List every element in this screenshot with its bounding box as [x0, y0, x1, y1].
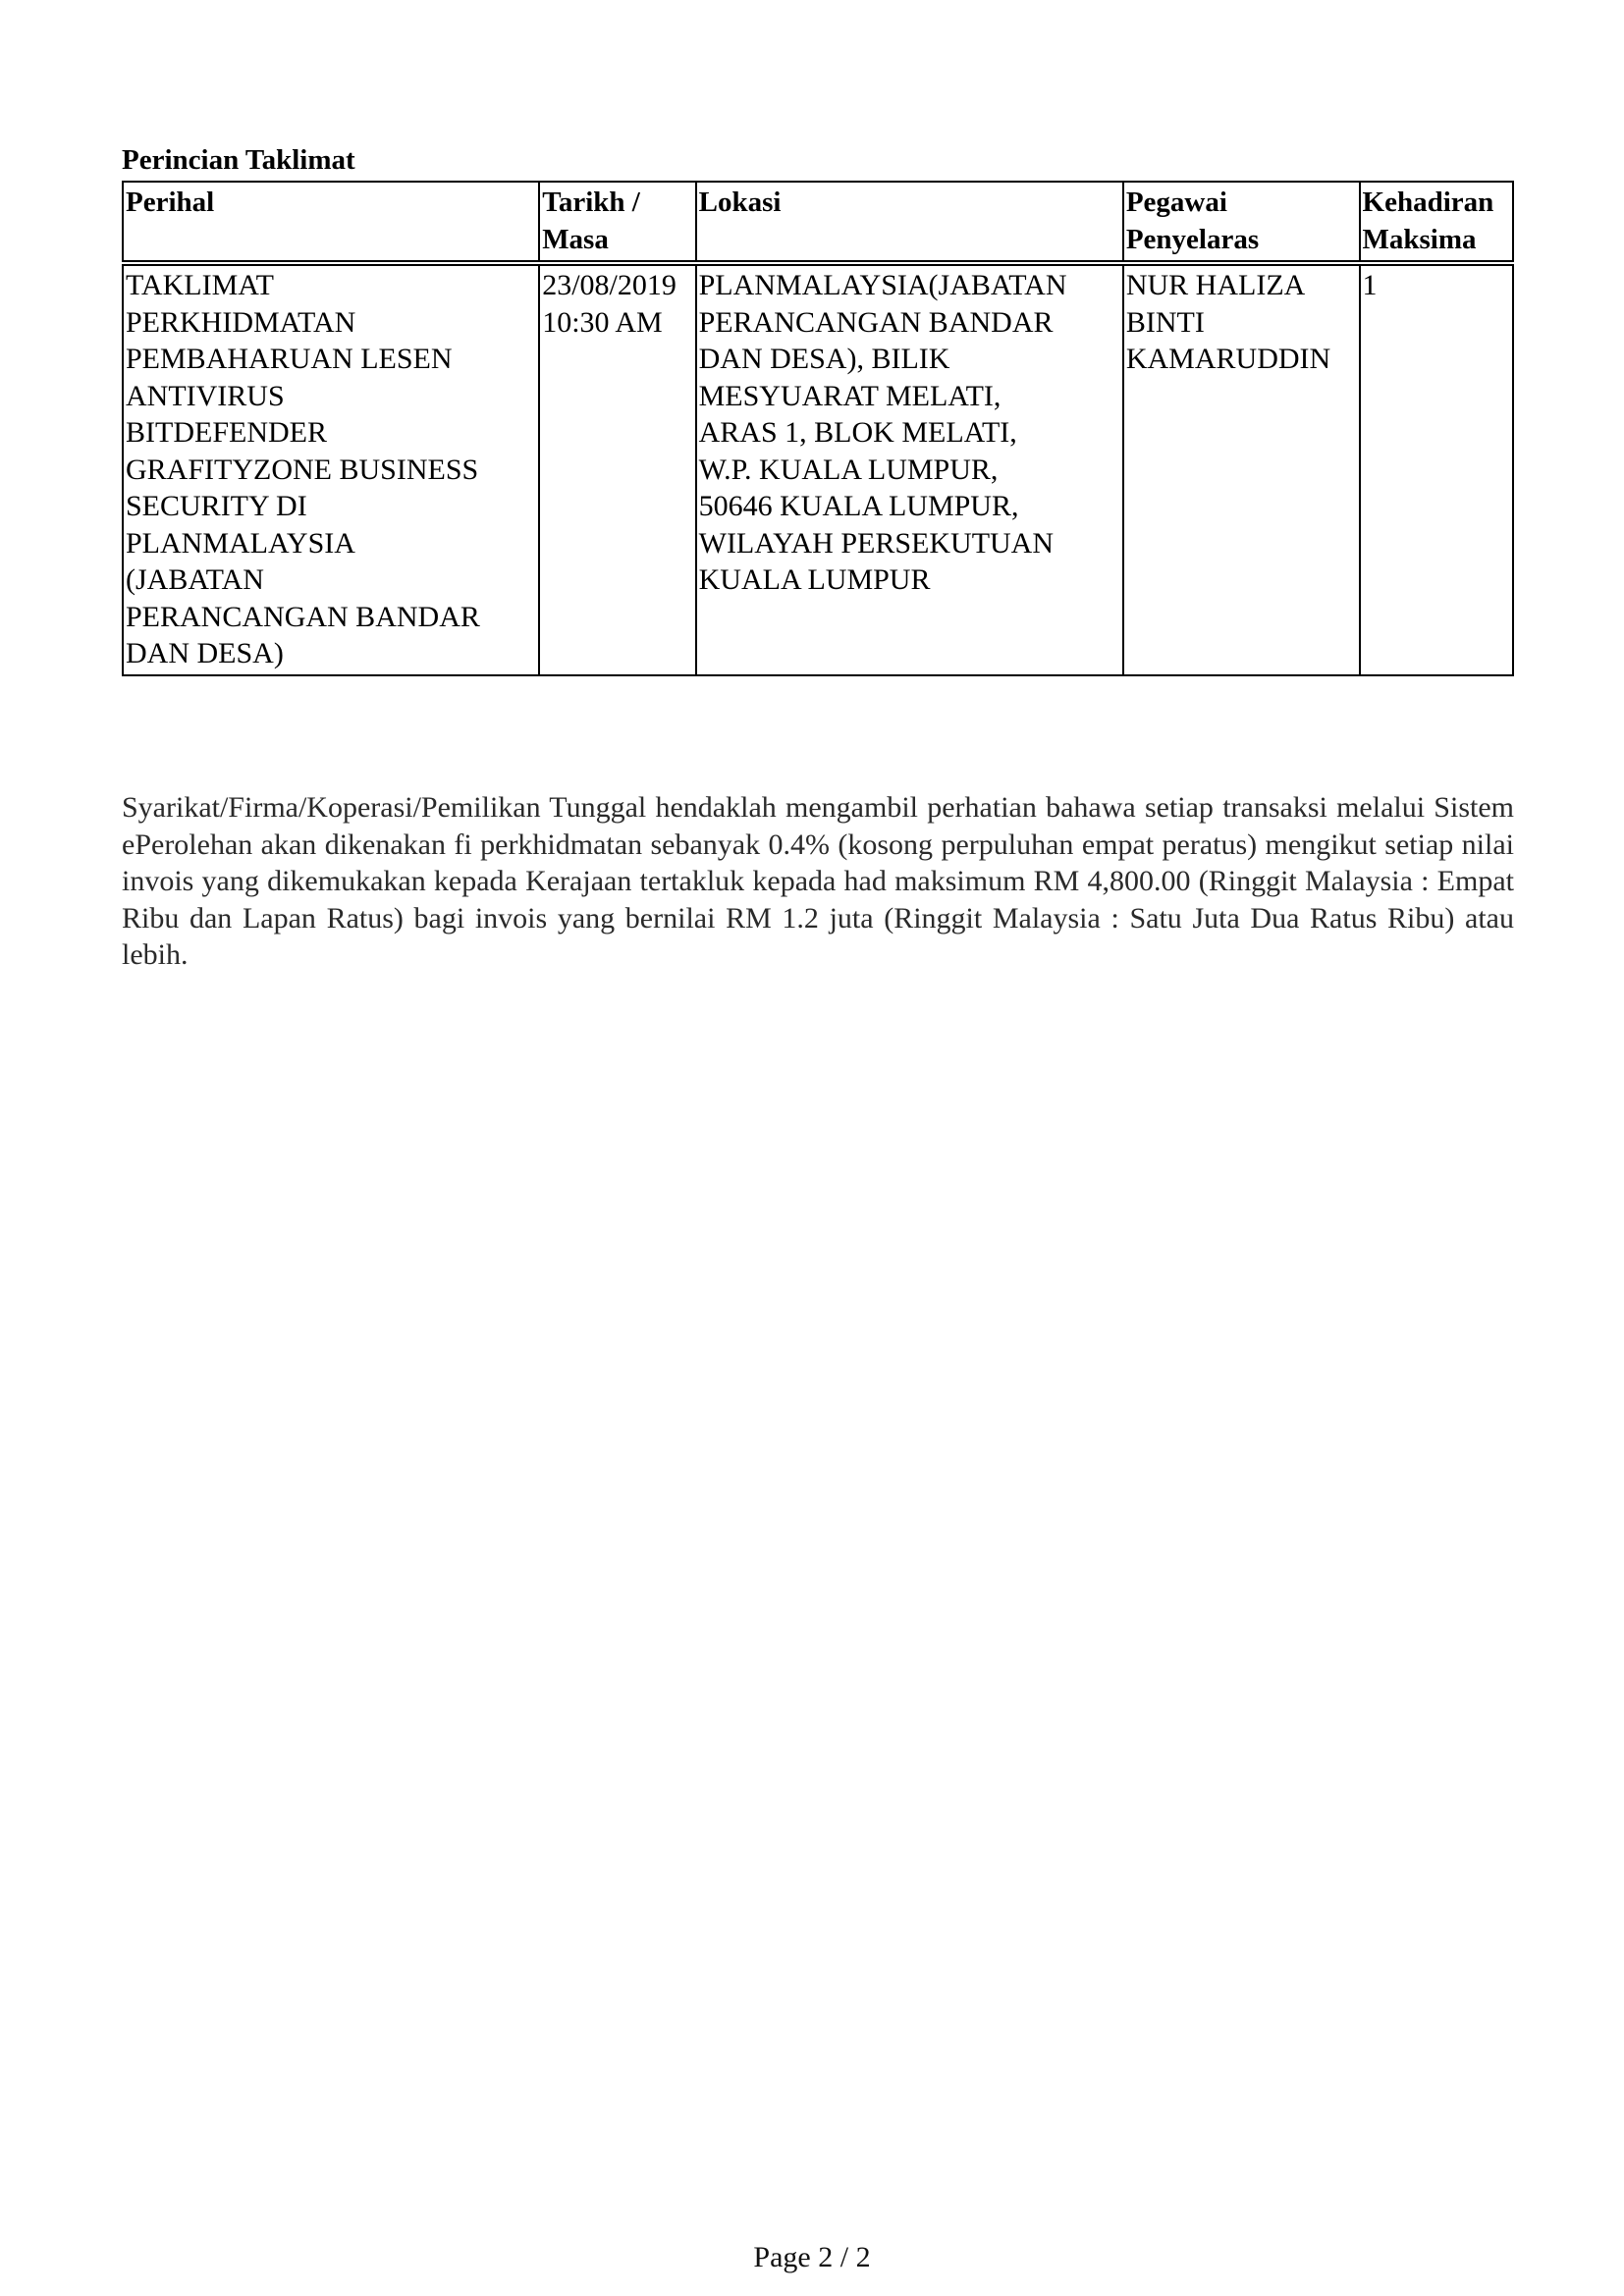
header-kehadiran-maksima: Kehadiran Maksima	[1360, 182, 1513, 263]
service-fee-notice: Syarikat/Firma/Koperasi/Pemilikan Tungga…	[122, 789, 1514, 974]
cell-tarikh-masa: 23/08/2019 10:30 AM	[539, 263, 695, 675]
cell-pegawai-penyelaras: NUR HALIZA BINTI KAMARUDDIN	[1123, 263, 1360, 675]
table-header-row: Perihal Tarikh / Masa Lokasi Pegawai Pen…	[123, 182, 1513, 263]
header-pegawai-penyelaras: Pegawai Penyelaras	[1123, 182, 1360, 263]
cell-lokasi: PLANMALAYSIA(JABATAN PERANCANGAN BANDAR …	[696, 263, 1123, 675]
briefing-details-table: Perihal Tarikh / Masa Lokasi Pegawai Pen…	[122, 181, 1514, 676]
page-number: Page 2 / 2	[0, 2240, 1624, 2275]
cell-kehadiran-maksima: 1	[1360, 263, 1513, 675]
section-title: Perincian Taklimat	[122, 143, 355, 177]
header-perihal: Perihal	[123, 182, 539, 263]
cell-perihal: TAKLIMAT PERKHIDMATAN PEMBAHARUAN LESEN …	[123, 263, 539, 675]
header-lokasi: Lokasi	[696, 182, 1123, 263]
header-tarikh-masa: Tarikh / Masa	[539, 182, 695, 263]
table-row: TAKLIMAT PERKHIDMATAN PEMBAHARUAN LESEN …	[123, 263, 1513, 675]
